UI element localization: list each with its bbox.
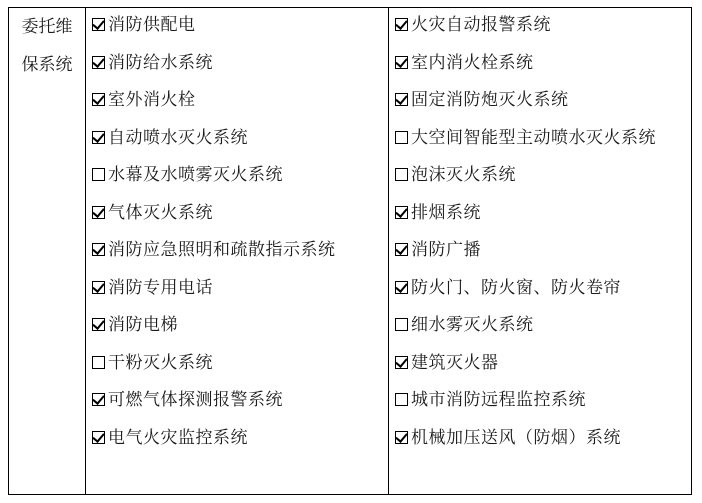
checklist-item: 消防给水系统 bbox=[92, 45, 388, 83]
checklist-item-label: 火灾自动报警系统 bbox=[411, 15, 551, 35]
checked-checkbox-icon[interactable] bbox=[395, 206, 408, 219]
checklist-item-label: 消防给水系统 bbox=[108, 53, 213, 73]
checklist-item: 建筑灭火器 bbox=[395, 345, 691, 383]
checklist-item-label: 室外消火栓 bbox=[108, 90, 196, 110]
unchecked-checkbox-icon[interactable] bbox=[395, 131, 408, 144]
checklist-item: 防火门、防火窗、防火卷帘 bbox=[395, 270, 691, 308]
checklist-item-label: 消防供配电 bbox=[108, 15, 196, 35]
checked-checkbox-icon[interactable] bbox=[395, 281, 408, 294]
checklist-item: 消防供配电 bbox=[92, 7, 388, 45]
checked-checkbox-icon[interactable] bbox=[92, 206, 105, 219]
checked-checkbox-icon[interactable] bbox=[395, 356, 408, 369]
checklist-item-label: 消防电梯 bbox=[108, 315, 178, 335]
checklist-item: 自动喷水灭火系统 bbox=[92, 120, 388, 158]
checklist-item: 可燃气体探测报警系统 bbox=[92, 382, 388, 420]
checklist-item-label: 建筑灭火器 bbox=[411, 353, 499, 373]
checked-checkbox-icon[interactable] bbox=[395, 18, 408, 31]
checklist-item: 消防电梯 bbox=[92, 307, 388, 345]
checked-checkbox-icon[interactable] bbox=[92, 318, 105, 331]
checked-checkbox-icon[interactable] bbox=[92, 431, 105, 444]
right-column-cell: 火灾自动报警系统室内消火栓系统固定消防炮灭火系统大空间智能型主动喷水灭火系统泡沫… bbox=[389, 8, 692, 495]
left-checklist: 消防供配电消防给水系统室外消火栓自动喷水灭火系统水幕及水喷雾灭火系统气体灭火系统… bbox=[86, 7, 388, 457]
checklist-item: 泡沫灭火系统 bbox=[395, 157, 691, 195]
unchecked-checkbox-icon[interactable] bbox=[92, 168, 105, 181]
checked-checkbox-icon[interactable] bbox=[92, 56, 105, 69]
checklist-item: 排烟系统 bbox=[395, 195, 691, 233]
checklist-item-label: 干粉灭火系统 bbox=[108, 353, 213, 373]
checklist-item: 大空间智能型主动喷水灭火系统 bbox=[395, 120, 691, 158]
checklist-item-label: 细水雾灭火系统 bbox=[411, 315, 534, 335]
checked-checkbox-icon[interactable] bbox=[395, 431, 408, 444]
checklist-item-label: 大空间智能型主动喷水灭火系统 bbox=[411, 128, 656, 148]
checklist-item: 电气火灾监控系统 bbox=[92, 420, 388, 458]
maintenance-systems-table: 委托维 保系统 消防供配电消防给水系统室外消火栓自动喷水灭火系统水幕及水喷雾灭火… bbox=[8, 7, 692, 495]
checklist-item-label: 消防专用电话 bbox=[108, 278, 213, 298]
checked-checkbox-icon[interactable] bbox=[395, 243, 408, 256]
checklist-item: 室内消火栓系统 bbox=[395, 45, 691, 83]
checklist-item-label: 防火门、防火窗、防火卷帘 bbox=[411, 278, 621, 298]
checklist-item: 城市消防远程监控系统 bbox=[395, 382, 691, 420]
unchecked-checkbox-icon[interactable] bbox=[395, 318, 408, 331]
checklist-item: 机械加压送风（防烟）系统 bbox=[395, 420, 691, 458]
row-label-line-2: 保系统 bbox=[9, 46, 85, 84]
right-checklist: 火灾自动报警系统室内消火栓系统固定消防炮灭火系统大空间智能型主动喷水灭火系统泡沫… bbox=[389, 7, 691, 457]
checklist-item: 干粉灭火系统 bbox=[92, 345, 388, 383]
checklist-item-label: 消防广播 bbox=[411, 240, 481, 260]
checked-checkbox-icon[interactable] bbox=[92, 18, 105, 31]
checklist-item: 固定消防炮灭火系统 bbox=[395, 82, 691, 120]
checklist-item-label: 城市消防远程监控系统 bbox=[411, 390, 586, 410]
checklist-item: 细水雾灭火系统 bbox=[395, 307, 691, 345]
row-label-cell: 委托维 保系统 bbox=[9, 8, 86, 495]
checklist-item: 室外消火栓 bbox=[92, 82, 388, 120]
left-column-cell: 消防供配电消防给水系统室外消火栓自动喷水灭火系统水幕及水喷雾灭火系统气体灭火系统… bbox=[86, 8, 389, 495]
checklist-item: 气体灭火系统 bbox=[92, 195, 388, 233]
row-label-line-1: 委托维 bbox=[9, 8, 85, 46]
checked-checkbox-icon[interactable] bbox=[92, 131, 105, 144]
checklist-item-label: 电气火灾监控系统 bbox=[108, 428, 248, 448]
checklist-item-label: 固定消防炮灭火系统 bbox=[411, 90, 569, 110]
checklist-item: 水幕及水喷雾灭火系统 bbox=[92, 157, 388, 195]
checked-checkbox-icon[interactable] bbox=[92, 243, 105, 256]
checklist-item: 火灾自动报警系统 bbox=[395, 7, 691, 45]
checklist-item-label: 自动喷水灭火系统 bbox=[108, 128, 248, 148]
unchecked-checkbox-icon[interactable] bbox=[92, 356, 105, 369]
checklist-item: 消防广播 bbox=[395, 232, 691, 270]
unchecked-checkbox-icon[interactable] bbox=[395, 393, 408, 406]
checked-checkbox-icon[interactable] bbox=[92, 93, 105, 106]
checklist-item-label: 机械加压送风（防烟）系统 bbox=[411, 428, 621, 448]
checklist-item-label: 可燃气体探测报警系统 bbox=[108, 390, 283, 410]
checked-checkbox-icon[interactable] bbox=[92, 393, 105, 406]
checklist-item: 消防应急照明和疏散指示系统 bbox=[92, 232, 388, 270]
checked-checkbox-icon[interactable] bbox=[395, 56, 408, 69]
checklist-item-label: 气体灭火系统 bbox=[108, 203, 213, 223]
unchecked-checkbox-icon[interactable] bbox=[395, 168, 408, 181]
checklist-item: 消防专用电话 bbox=[92, 270, 388, 308]
checklist-item-label: 消防应急照明和疏散指示系统 bbox=[108, 240, 336, 260]
checked-checkbox-icon[interactable] bbox=[395, 93, 408, 106]
checklist-item-label: 水幕及水喷雾灭火系统 bbox=[108, 165, 283, 185]
checklist-item-label: 室内消火栓系统 bbox=[411, 53, 534, 73]
checklist-item-label: 泡沫灭火系统 bbox=[411, 165, 516, 185]
checklist-item-label: 排烟系统 bbox=[411, 203, 481, 223]
checked-checkbox-icon[interactable] bbox=[92, 281, 105, 294]
